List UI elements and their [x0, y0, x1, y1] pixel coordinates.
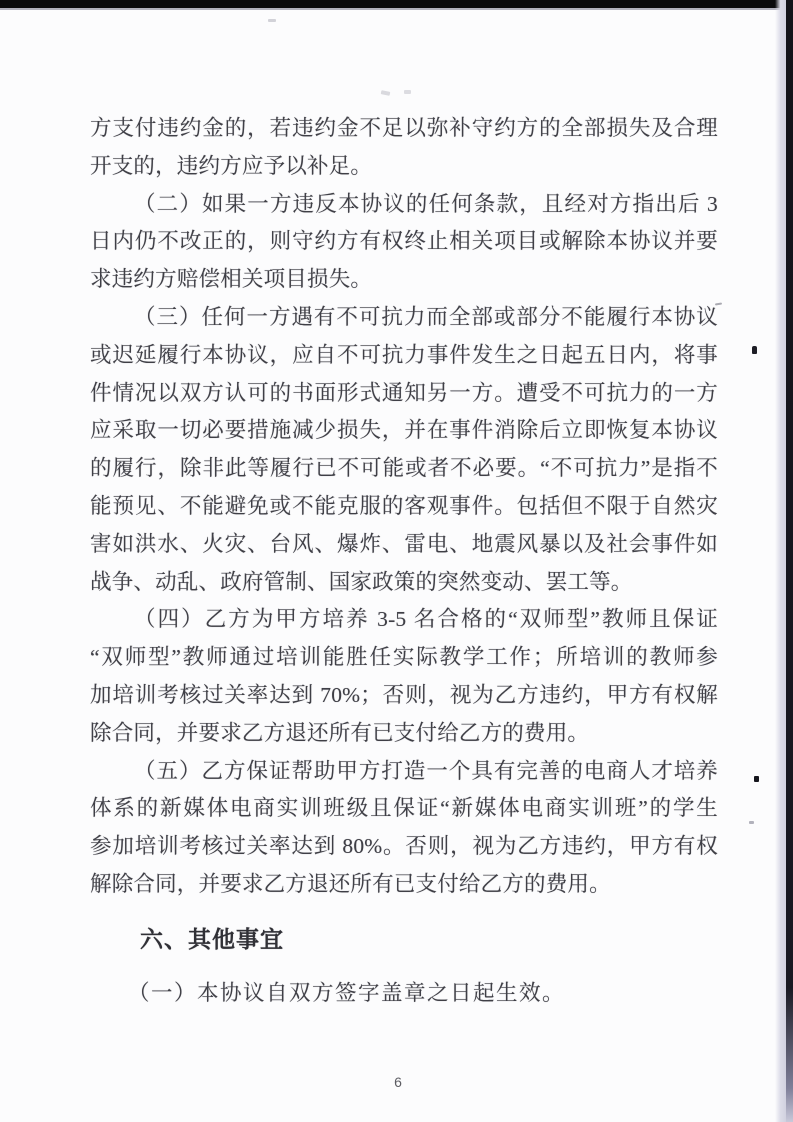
- text-line: （五）乙方保证帮助甲方打造一个具有完善的电商人才培养: [90, 753, 718, 791]
- scan-top-edge-shadow: [0, 8, 793, 10]
- closing-paragraph: （一）本协议自双方签字盖章之日起生效。: [90, 974, 718, 1012]
- text-line: 解除合同，并要求乙方退还所有已支付给乙方的费用。: [90, 866, 718, 904]
- text-line: 除合同，并要求乙方退还所有已支付给乙方的费用。: [90, 715, 718, 753]
- text-line: 方支付违约金的，若违约金不足以弥补守约方的全部损失及合理: [90, 110, 718, 148]
- text-line: 开支的，违约方应予以补足。: [90, 148, 718, 186]
- text-line: 能预见、不能避免或不能克服的客观事件。包括但不限于自然灾: [90, 488, 718, 526]
- text-line: 的履行，除非此等履行已不可能或者不必要。“不可抗力”是指不: [90, 450, 718, 488]
- text-line: 或迟延履行本协议，应自不可抗力事件发生之日起五日内，将事: [90, 337, 718, 375]
- page-number: 6: [90, 1074, 706, 1090]
- text-line: “双师型”教师通过培训能胜任实际教学工作；所培训的教师参: [90, 639, 718, 677]
- text-line: （三）任何一方遇有不可抗力而全部或部分不能履行本协议: [90, 299, 718, 337]
- document-text-column: 方支付违约金的，若违约金不足以弥补守约方的全部损失及合理开支的，违约方应予以补足…: [90, 110, 718, 1012]
- text-line: （二）如果一方违反本协议的任何条款，且经对方指出后 3: [90, 186, 718, 224]
- text-line: 件情况以双方认可的书面形式通知另一方。遭受不可抗力的一方: [90, 375, 718, 413]
- text-line: 求违约方赔偿相关项目损失。: [90, 261, 718, 299]
- scan-right-edge-dark: [786, 0, 793, 1122]
- scan-speck: [749, 821, 754, 824]
- text-line: 参加培训考核过关率达到 80%。否则，视为乙方违约，甲方有权: [90, 828, 718, 866]
- text-line: 体系的新媒体电商实训班级且保证“新媒体电商实训班”的学生: [90, 790, 718, 828]
- text-line: （四）乙方为甲方培养 3-5 名合格的“双师型”教师且保证: [90, 601, 718, 639]
- document-body-lines: 方支付违约金的，若违约金不足以弥补守约方的全部损失及合理开支的，违约方应予以补足…: [90, 110, 718, 904]
- section-heading: 六、其他事宜: [90, 920, 718, 958]
- text-line: 日内仍不改正的，则守约方有权终止相关项目或解除本协议并要: [90, 223, 718, 261]
- text-line: 应采取一切必要措施减少损失，并在事件消除后立即恢复本协议: [90, 412, 718, 450]
- scanned-contract-page: { "page": { "page_number": "6", "paper_c…: [0, 0, 793, 1122]
- text-line: 加培训考核过关率达到 70%；否则，视为乙方违约，甲方有权解: [90, 677, 718, 715]
- scan-speck: [404, 90, 411, 94]
- text-line: 害如洪水、火灾、台风、爆炸、雷电、地震风暴以及社会事件如: [90, 526, 718, 564]
- text-line: 战争、动乱、政府管制、国家政策的突然变动、罢工等。: [90, 564, 718, 602]
- scan-speck: [381, 90, 391, 96]
- scan-top-edge: [0, 0, 793, 8]
- scan-speck: [268, 19, 276, 22]
- scan-speck: [754, 776, 759, 782]
- scan-speck: [752, 346, 757, 354]
